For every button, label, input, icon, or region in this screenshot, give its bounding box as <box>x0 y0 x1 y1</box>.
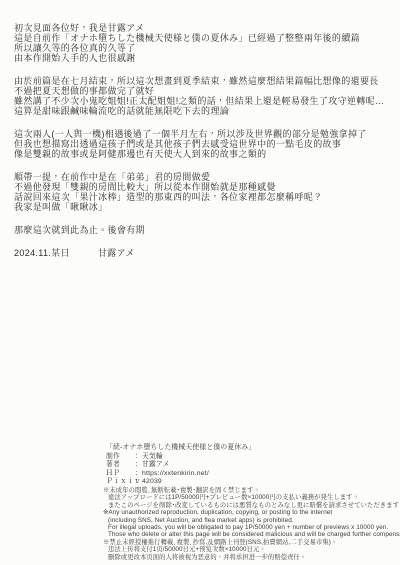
credit-row: ＨＰ：https://xxtenkirin.net/ <box>106 470 336 478</box>
text-line: 這是自前作「オナホ墮ちした機械天使様と僕の夏休み」已經過了整整兩年後的續篇 <box>14 33 390 43</box>
credits-title: 「続-オナホ墮ちした機械天使様と僕の夏休み」 <box>106 444 336 452</box>
disclaimer-block: ※未成年の閲覧､無断転載･複製･翻訳を固く禁じます。違法アップロードには1P/5… <box>103 487 397 561</box>
credit-row: 著者：甘露アメ <box>106 461 336 469</box>
credit-separator: ： <box>135 461 142 469</box>
credit-row: Ｐｉｘｉｖ：42039 <box>106 478 336 486</box>
text-line: 由本作開始入手的人也很感謝 <box>14 53 390 63</box>
credit-value: https://xxtenkirin.net/ <box>142 470 209 477</box>
disclaimer-line: 違法アップロードには1P/50000円+プレビュー数×10000円の支払い義務が… <box>103 494 397 501</box>
afterword-text: 初次見面各位好，我是甘露アメ這是自前作「オナホ墮ちした機械天使様と僕の夏休み」已… <box>14 23 390 271</box>
text-line: 話說回來這次「果汁冰棒」造型的那東西的叫法，各位家裡都怎麼稱呼呢？ <box>14 192 390 202</box>
credit-value: 天気輪 <box>142 453 163 460</box>
credit-value: 甘露アメ <box>142 461 170 468</box>
text-line: 雖然講了不少次小鬼吃姐姐!正太配姐姐!之類的話，但結果上還是輕易發生了攻守逆轉呢… <box>14 96 390 106</box>
credit-value: 42039 <box>142 478 162 485</box>
credit-separator: ： <box>135 453 142 461</box>
disclaimer-line: For illegal uploads, you will be obligat… <box>103 524 397 531</box>
paragraph: 由於前篇是在七月結束，所以這次想畫到夏季結束，雖然這麼想結果篇幅比想像的還要長不… <box>14 76 390 116</box>
paragraph: 這次兩人(一人與一機)相遇後過了一個半月左右，所以涉及世界觀的部分是勉強拿掉了但… <box>14 129 390 159</box>
paragraph: 那麼這次就到此為止。後會有期 <box>14 225 390 235</box>
text-line: 所以讓久等的各位真的久等了 <box>14 43 390 53</box>
credit-row: 制作：天気輪 <box>106 453 336 461</box>
paragraph: 初次見面各位好，我是甘露アメ這是自前作「オナホ墮ちした機械天使様と僕の夏休み」已… <box>14 23 390 63</box>
credit-separator: ： <box>135 478 142 486</box>
text-line: 初次見面各位好，我是甘露アメ <box>14 23 390 33</box>
disclaimer-line: ※Any unauthorized reproduction, duplicat… <box>103 509 397 516</box>
text-line: 但我也想描寫出透過這孩子們或是其他孩子們去感受這世界中的一點毛皮的故事 <box>14 139 390 149</box>
credit-separator: ： <box>135 470 142 478</box>
text-line: 不過把夏天想做的事都做完了就好 <box>14 86 390 96</box>
credit-label: Ｐｉｘｉｖ <box>106 478 135 486</box>
text-line: 順帶一提，在前作中是在「弟弟」君的房間做愛 <box>14 172 390 182</box>
text-line: 2024.11.某日 甘露アメ <box>14 248 390 258</box>
disclaimer-line: Those who delete or alter this page will… <box>103 531 397 538</box>
disclaimer-line: またこのページを削除･改変しているものには悪質なものとみなし更に賠償を請求させて… <box>103 502 397 509</box>
text-line: 那麼這次就到此為止。後會有期 <box>14 225 390 235</box>
credits-rows: 制作：天気輪著者：甘露アメＨＰ：https://xxtenkirin.net/Ｐ… <box>106 453 336 486</box>
disclaimer-line: 违法上传将支付1页/50000日元+预览次数×10000日元。 <box>103 546 397 553</box>
paragraph: 2024.11.某日 甘露アメ <box>14 248 390 258</box>
text-line: 像是雙親的故事或是阿健那邊也有天使大人到來的故事之類的 <box>14 149 390 159</box>
afterword-page: 初次見面各位好，我是甘露アメ這是自前作「オナホ墮ちした機械天使様と僕の夏休み」已… <box>0 0 400 565</box>
credit-label: 著者 <box>106 461 135 469</box>
credit-label: ＨＰ <box>106 470 135 478</box>
text-line: 不過他發現「雙親的房間比較大」所以從本作開始就是那種感覺 <box>14 182 390 192</box>
text-line: 我家是叫做「啾啾冰」 <box>14 202 390 212</box>
text-line: 這次兩人(一人與一機)相遇後過了一個半月左右，所以涉及世界觀的部分是勉強拿掉了 <box>14 129 390 139</box>
credits-block: 「続-オナホ墮ちした機械天使様と僕の夏休み」 制作：天気輪著者：甘露アメＨＰ：h… <box>106 444 336 486</box>
disclaimer-line: 删除或更改本页面的人将被视为恶意的，并将承担进一步的赔偿责任。 <box>103 554 397 561</box>
paragraph: 順帶一提，在前作中是在「弟弟」君的房間做愛不過他發現「雙親的房間比較大」所以從本… <box>14 172 390 212</box>
disclaimer-line: (including SNS, Net Auction, and flea ma… <box>103 517 397 524</box>
text-line: 這算是甜味跟鹹味輪流吃的話就能無限吃下去的理論 <box>14 106 390 116</box>
text-line: 由於前篇是在七月結束，所以這次想畫到夏季結束，雖然這麼想結果篇幅比想像的還要長 <box>14 76 390 86</box>
